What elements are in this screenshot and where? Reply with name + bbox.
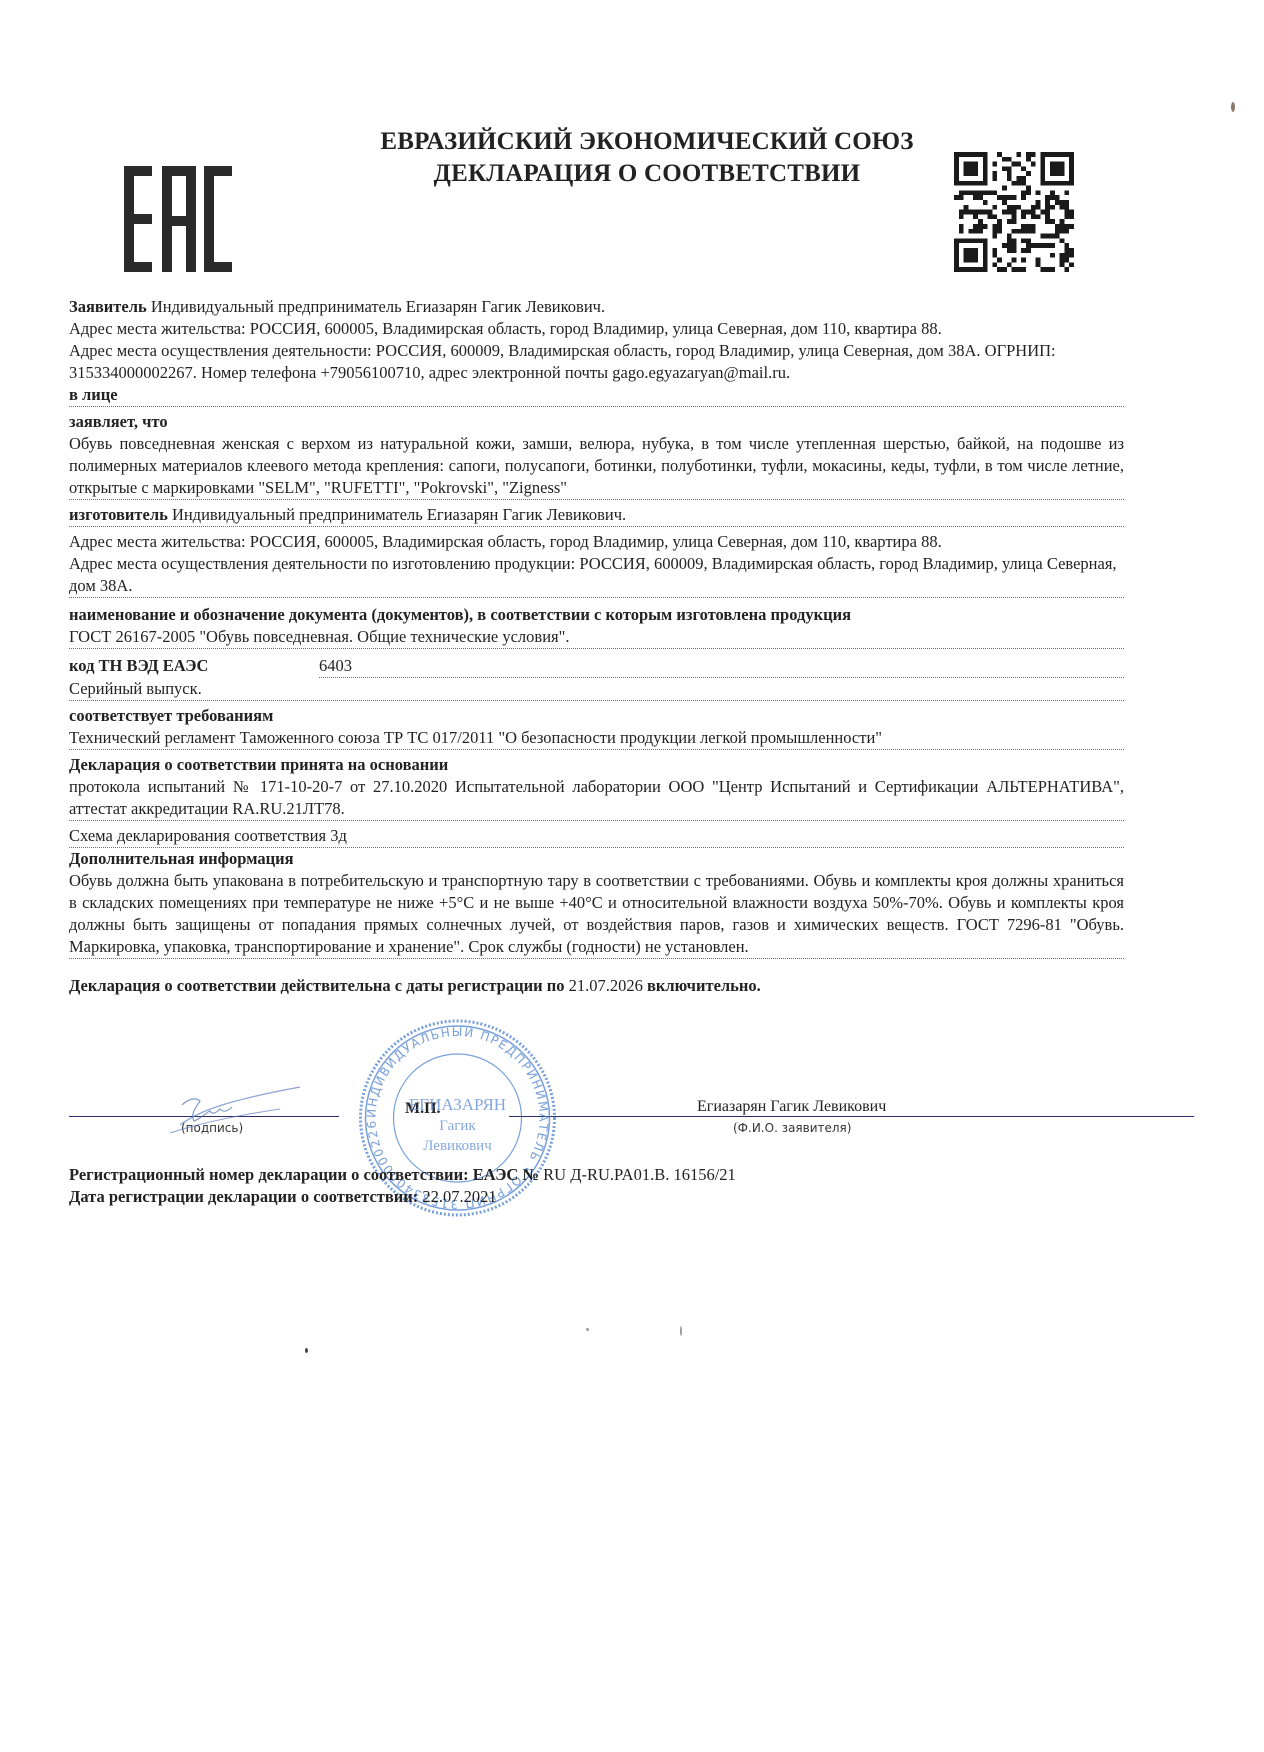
applicant-label: Заявитель	[69, 297, 147, 316]
name-caption: (Ф.И.О. заявителя)	[733, 1121, 851, 1135]
applicant-signatory-name: Егиазарян Гагик Левикович	[697, 1098, 886, 1116]
qr-code-icon	[951, 152, 1077, 272]
applicant-line: Заявитель Индивидуальный предприниматель…	[69, 296, 1124, 318]
registration-number: RU Д-RU.PA01.B. 16156/21	[543, 1165, 736, 1184]
title-declaration: ДЕКЛАРАЦИЯ О СООТВЕТСТВИИ	[30, 158, 1264, 190]
hs-code-line: код ТН ВЭД ЕАЭС 6403	[69, 655, 1124, 678]
title-union: ЕВРАЗИЙСКИЙ ЭКОНОМИЧЕСКИЙ СОЮЗ	[30, 126, 1264, 158]
product-description: Обувь повседневная женская с верхом из н…	[69, 433, 1124, 500]
name-line	[509, 1116, 1194, 1117]
registration-date-line: Дата регистрации декларации о соответств…	[69, 1186, 736, 1208]
release-type: Серийный выпуск.	[69, 678, 1124, 701]
requirements-label: соответствует требованиям	[69, 705, 1124, 727]
manufacturer-residence: Адрес места жительства: РОССИЯ, 600005, …	[69, 531, 1124, 553]
svg-text:Левикович: Левикович	[423, 1138, 492, 1154]
basis-label: Декларация о соответствии принята на осн…	[69, 754, 1124, 776]
validity-prefix: Декларация о соответствии действительна …	[69, 976, 569, 995]
hs-code-label: код ТН ВЭД ЕАЭС	[69, 655, 319, 678]
validity-suffix: включительно.	[643, 976, 761, 995]
applicant-activity-address: Адрес места осуществления деятельности: …	[69, 340, 1124, 384]
registration-date-label: Дата регистрации декларации о соответств…	[69, 1187, 422, 1206]
svg-text:Гагик: Гагик	[439, 1118, 476, 1134]
registration-number-prefix: ЕАЭС №	[473, 1165, 543, 1184]
declaration-body: Заявитель Индивидуальный предприниматель…	[69, 296, 1124, 997]
scan-speck	[680, 1326, 682, 1336]
basis-value: протокола испытаний № 171-10-20-7 от 27.…	[69, 776, 1124, 821]
manufacturer-production-address: Адрес места осуществления деятельности п…	[69, 553, 1124, 598]
registration-info: Регистрационный номер декларации о соотв…	[69, 1164, 736, 1208]
declares-label: заявляет, что	[69, 411, 1124, 433]
applicant-name: Индивидуальный предприниматель Егиазарян…	[147, 297, 605, 316]
additional-info-value: Обувь должна быть упакована в потребител…	[69, 870, 1124, 959]
scan-speck	[1231, 102, 1235, 112]
registration-number-label: Регистрационный номер декларации о соотв…	[69, 1165, 473, 1184]
scan-speck	[586, 1328, 589, 1331]
requirements-value: Технический регламент Таможенного союза …	[69, 727, 1124, 750]
manufacturer-label: изготовитель	[69, 505, 168, 524]
additional-info-label: Дополнительная информация	[69, 848, 1124, 870]
hs-code-value: 6403	[319, 655, 1124, 678]
manufacturer-name: Индивидуальный предприниматель Егиазарян…	[168, 505, 626, 524]
registration-date: 22.07.2021	[422, 1187, 496, 1206]
registration-number-line: Регистрационный номер декларации о соотв…	[69, 1164, 736, 1186]
scan-speck	[305, 1348, 308, 1353]
manufacturer-line: изготовитель Индивидуальный предпринимат…	[69, 504, 1124, 527]
standard-value: ГОСТ 26167-2005 "Обувь повседневная. Общ…	[69, 626, 1124, 649]
applicant-residence: Адрес места жительства: РОССИЯ, 600005, …	[69, 318, 1124, 340]
svg-text:ЕГИАЗАРЯН: ЕГИАЗАРЯН	[409, 1095, 506, 1114]
represented-by-label: в лице	[69, 384, 1124, 407]
validity-line: Декларация о соответствии действительна …	[69, 975, 1124, 997]
validity-date: 21.07.2026	[569, 976, 643, 995]
standard-label: наименование и обозначение документа (до…	[69, 604, 1124, 626]
declaration-scheme: Схема декларирования соответствия 3д	[69, 825, 1124, 848]
handwritten-signature	[160, 1075, 310, 1135]
